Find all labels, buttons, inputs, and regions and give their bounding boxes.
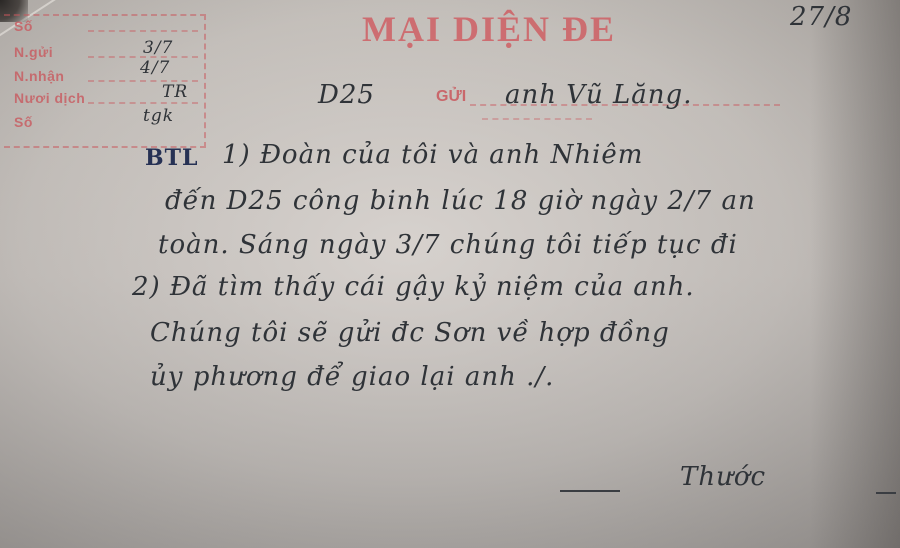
stamp-address-line bbox=[482, 118, 592, 120]
side-stamp: Số N.gửi N.nhận Nươi dịch Số bbox=[0, 0, 210, 150]
letter-line-3: toàn. Sáng ngày 3/7 chúng tôi tiếp tục đ… bbox=[158, 230, 738, 260]
margin-date-bottom: 4/7 bbox=[140, 58, 170, 78]
margin-date-top: 3/7 bbox=[143, 38, 173, 58]
letter-line-4: 2) Đã tìm thấy cái gậy kỷ niệm của anh. bbox=[132, 272, 695, 302]
margin-note-btl: BTL bbox=[145, 145, 198, 171]
edge-shadow bbox=[810, 0, 900, 548]
sender-unit: D25 bbox=[318, 80, 375, 110]
signature-dash-left bbox=[560, 490, 620, 492]
letter-line-2: đến D25 công binh lúc 18 giờ ngày 2/7 an bbox=[165, 186, 756, 216]
letter-line-1: 1) Đoàn của tôi và anh Nhiêm bbox=[222, 140, 643, 170]
stamp-field-dich: Nươi dịch bbox=[14, 90, 85, 106]
stamp-gui-label: GỬI bbox=[436, 88, 466, 106]
stamp-field-ngui: N.gửi bbox=[14, 44, 53, 60]
salutation: anh Vũ Lăng. bbox=[505, 80, 692, 110]
signature-dash-right bbox=[876, 492, 896, 494]
stamp-field-so: Số bbox=[14, 18, 33, 34]
signature: Thước bbox=[680, 462, 766, 492]
letter-line-5: Chúng tôi sẽ gửi đc Sơn về hợp đồng bbox=[150, 318, 670, 348]
header-stamp: MẠI DIỆN ĐE bbox=[362, 8, 616, 50]
stamp-field-line bbox=[88, 102, 198, 104]
page-reference: 27/8 bbox=[790, 2, 852, 32]
stamp-field-line bbox=[88, 30, 198, 32]
stamp-field-so-2: Số bbox=[14, 114, 33, 130]
margin-note-tr: TR bbox=[162, 82, 188, 102]
margin-note-tgk: tgk bbox=[143, 106, 174, 126]
letter-line-6: ủy phương để giao lại anh ./. bbox=[150, 362, 554, 392]
stamp-field-nnhan: N.nhận bbox=[14, 68, 64, 84]
